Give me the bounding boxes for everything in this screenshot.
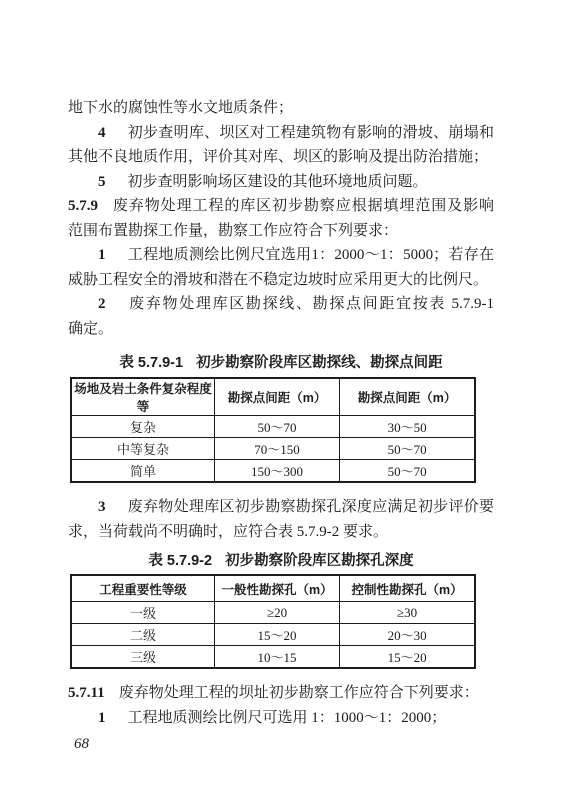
body-line: 3废弃物处理库区初步勘察勘探孔深度应满足初步评价要 — [68, 495, 494, 520]
table-header-row: 工程重要性等级 一般性勘探孔（m） 控制性勘探孔（m） — [71, 575, 475, 602]
table-cell: 二级 — [71, 624, 214, 646]
body-line: 其他不良地质作用，评价其对库、坝区的影响及提出防治措施； — [68, 145, 494, 170]
table-row: 一级 ≥20 ≥30 — [71, 602, 475, 624]
table-number: 表 5.7.9-2 — [148, 553, 212, 569]
body-line: 4初步查明库、坝区对工程建筑物有影响的滑坡、崩塌和 — [68, 121, 494, 146]
body-text: 其他不良地质作用，评价其对库、坝区的影响及提出防治措施； — [68, 149, 488, 165]
body-line: 5.7.11废弃物处理工程的坝址初步勘察工作应符合下列要求： — [68, 681, 494, 706]
table-title: 初步勘察阶段库区勘探线、勘探点间距 — [196, 355, 443, 371]
body-text: 求，当荷载尚不明确时，应符合表 5.7.9-2 要求。 — [68, 524, 388, 540]
table-cell: ≥20 — [214, 602, 339, 624]
table-header-cell: 控制性勘探孔（m） — [340, 575, 475, 602]
body-text: 废弃物处理工程的坝址初步勘察工作应符合下列要求： — [119, 685, 479, 701]
section-number: 5.7.9 — [68, 198, 98, 214]
table-cell: 20～30 — [340, 624, 475, 646]
table-header-cell: 勘探点间距（m） — [214, 378, 339, 416]
body-text: 威胁工程安全的滑坡和潜在不稳定边坡时应采用更大的比例尺。 — [68, 272, 488, 288]
table-cell: 15～20 — [214, 624, 339, 646]
body-text: 工程地质测绘比例尺可选用 1：1000～1：2000； — [128, 710, 447, 726]
body-line: 求，当荷载尚不明确时，应符合表 5.7.9-2 要求。 — [68, 520, 494, 545]
item-number: 2 — [98, 296, 106, 312]
table-cell: 150～300 — [214, 460, 339, 483]
table-header-row: 场地及岩土条件复杂程度等 勘探点间距（m） 勘探点间距（m） — [71, 378, 475, 416]
table-row: 三级 10～15 15～20 — [71, 646, 475, 669]
body-text: 确定。 — [68, 321, 113, 337]
body-line: 2废弃物处理库区勘探线、勘探点间距宜按表 5.7.9-1 — [68, 292, 494, 317]
table-cell: 50～70 — [340, 460, 475, 483]
body-text: 地下水的腐蚀性等水文地质条件； — [68, 100, 293, 116]
table-header-cell: 工程重要性等级 — [71, 575, 214, 602]
document-page: 地下水的腐蚀性等水文地质条件； 4初步查明库、坝区对工程建筑物有影响的滑坡、崩塌… — [0, 0, 561, 804]
table-cell: 一级 — [71, 602, 214, 624]
table-caption: 表 5.7.9-2初步勘察阶段库区勘探孔深度 — [68, 551, 494, 571]
body-text: 废弃物处理库区初步勘察勘探孔深度应满足初步评价要 — [128, 499, 495, 515]
item-number: 1 — [98, 710, 106, 726]
body-text: 初步查明库、坝区对工程建筑物有影响的滑坡、崩塌和 — [128, 125, 495, 141]
page-number: 68 — [68, 734, 494, 754]
table-cell: 10～15 — [214, 646, 339, 669]
table-caption: 表 5.7.9-1初步勘察阶段库区勘探线、勘探点间距 — [68, 353, 494, 373]
body-line: 1工程地质测绘比例尺可选用 1：1000～1：2000； — [68, 706, 494, 731]
body-line: 5.7.9废弃物处理工程的库区初步勘察应根据填埋范围及影响 — [68, 194, 494, 219]
table-row: 二级 15～20 20～30 — [71, 624, 475, 646]
table-cell: 70～150 — [214, 438, 339, 460]
table-cell: 50～70 — [214, 416, 339, 438]
body-line: 确定。 — [68, 317, 494, 342]
body-line: 威胁工程安全的滑坡和潜在不稳定边坡时应采用更大的比例尺。 — [68, 268, 494, 293]
item-number: 3 — [98, 499, 106, 515]
spacing-table: 场地及岩土条件复杂程度等 勘探点间距（m） 勘探点间距（m） 复杂 50～70 … — [70, 377, 476, 483]
body-text: 工程地质测绘比例尺宜选用1：2000～1：5000；若存在 — [128, 247, 495, 263]
table-cell: 复杂 — [71, 416, 214, 438]
body-block: 5.7.11废弃物处理工程的坝址初步勘察工作应符合下列要求： 1工程地质测绘比例… — [68, 681, 494, 730]
table-cell: 三级 — [71, 646, 214, 669]
table-header-cell: 一般性勘探孔（m） — [214, 575, 339, 602]
table-title: 初步勘察阶段库区勘探孔深度 — [225, 553, 414, 569]
item-number: 1 — [98, 247, 106, 263]
table-row: 中等复杂 70～150 50～70 — [71, 438, 475, 460]
table-header-cell: 勘探点间距（m） — [340, 378, 475, 416]
table-row: 简单 150～300 50～70 — [71, 460, 475, 483]
table-cell: 50～70 — [340, 438, 475, 460]
body-block: 3废弃物处理库区初步勘察勘探孔深度应满足初步评价要 求，当荷载尚不明确时，应符合… — [68, 495, 494, 544]
body-text: 废弃物处理工程的库区初步勘察应根据填埋范围及影响 — [112, 198, 494, 214]
body-line: 1工程地质测绘比例尺宜选用1：2000～1：5000；若存在 — [68, 243, 494, 268]
table-row: 复杂 50～70 30～50 — [71, 416, 475, 438]
table-cell: 30～50 — [340, 416, 475, 438]
section-number: 5.7.11 — [68, 685, 105, 701]
body-text: 范围布置勘探工作量，勘察工作应符合下列要求： — [68, 223, 398, 239]
body-line: 5初步查明影响场区建设的其他环境地质问题。 — [68, 170, 494, 195]
body-text: 初步查明影响场区建设的其他环境地质问题。 — [128, 174, 428, 190]
item-number: 4 — [98, 125, 106, 141]
table-header-cell: 场地及岩土条件复杂程度等 — [71, 378, 214, 416]
table-cell: ≥30 — [340, 602, 475, 624]
table-number: 表 5.7.9-1 — [119, 355, 183, 371]
page-content: 地下水的腐蚀性等水文地质条件； 4初步查明库、坝区对工程建筑物有影响的滑坡、崩塌… — [68, 96, 494, 754]
table-cell: 15～20 — [340, 646, 475, 669]
body-line: 范围布置勘探工作量，勘察工作应符合下列要求： — [68, 219, 494, 244]
table-cell: 中等复杂 — [71, 438, 214, 460]
depth-table: 工程重要性等级 一般性勘探孔（m） 控制性勘探孔（m） 一级 ≥20 ≥30 二… — [70, 574, 476, 669]
body-line: 地下水的腐蚀性等水文地质条件； — [68, 96, 494, 121]
table-cell: 简单 — [71, 460, 214, 483]
item-number: 5 — [98, 174, 106, 190]
body-text: 废弃物处理库区勘探线、勘探点间距宜按表 5.7.9-1 — [128, 296, 495, 312]
